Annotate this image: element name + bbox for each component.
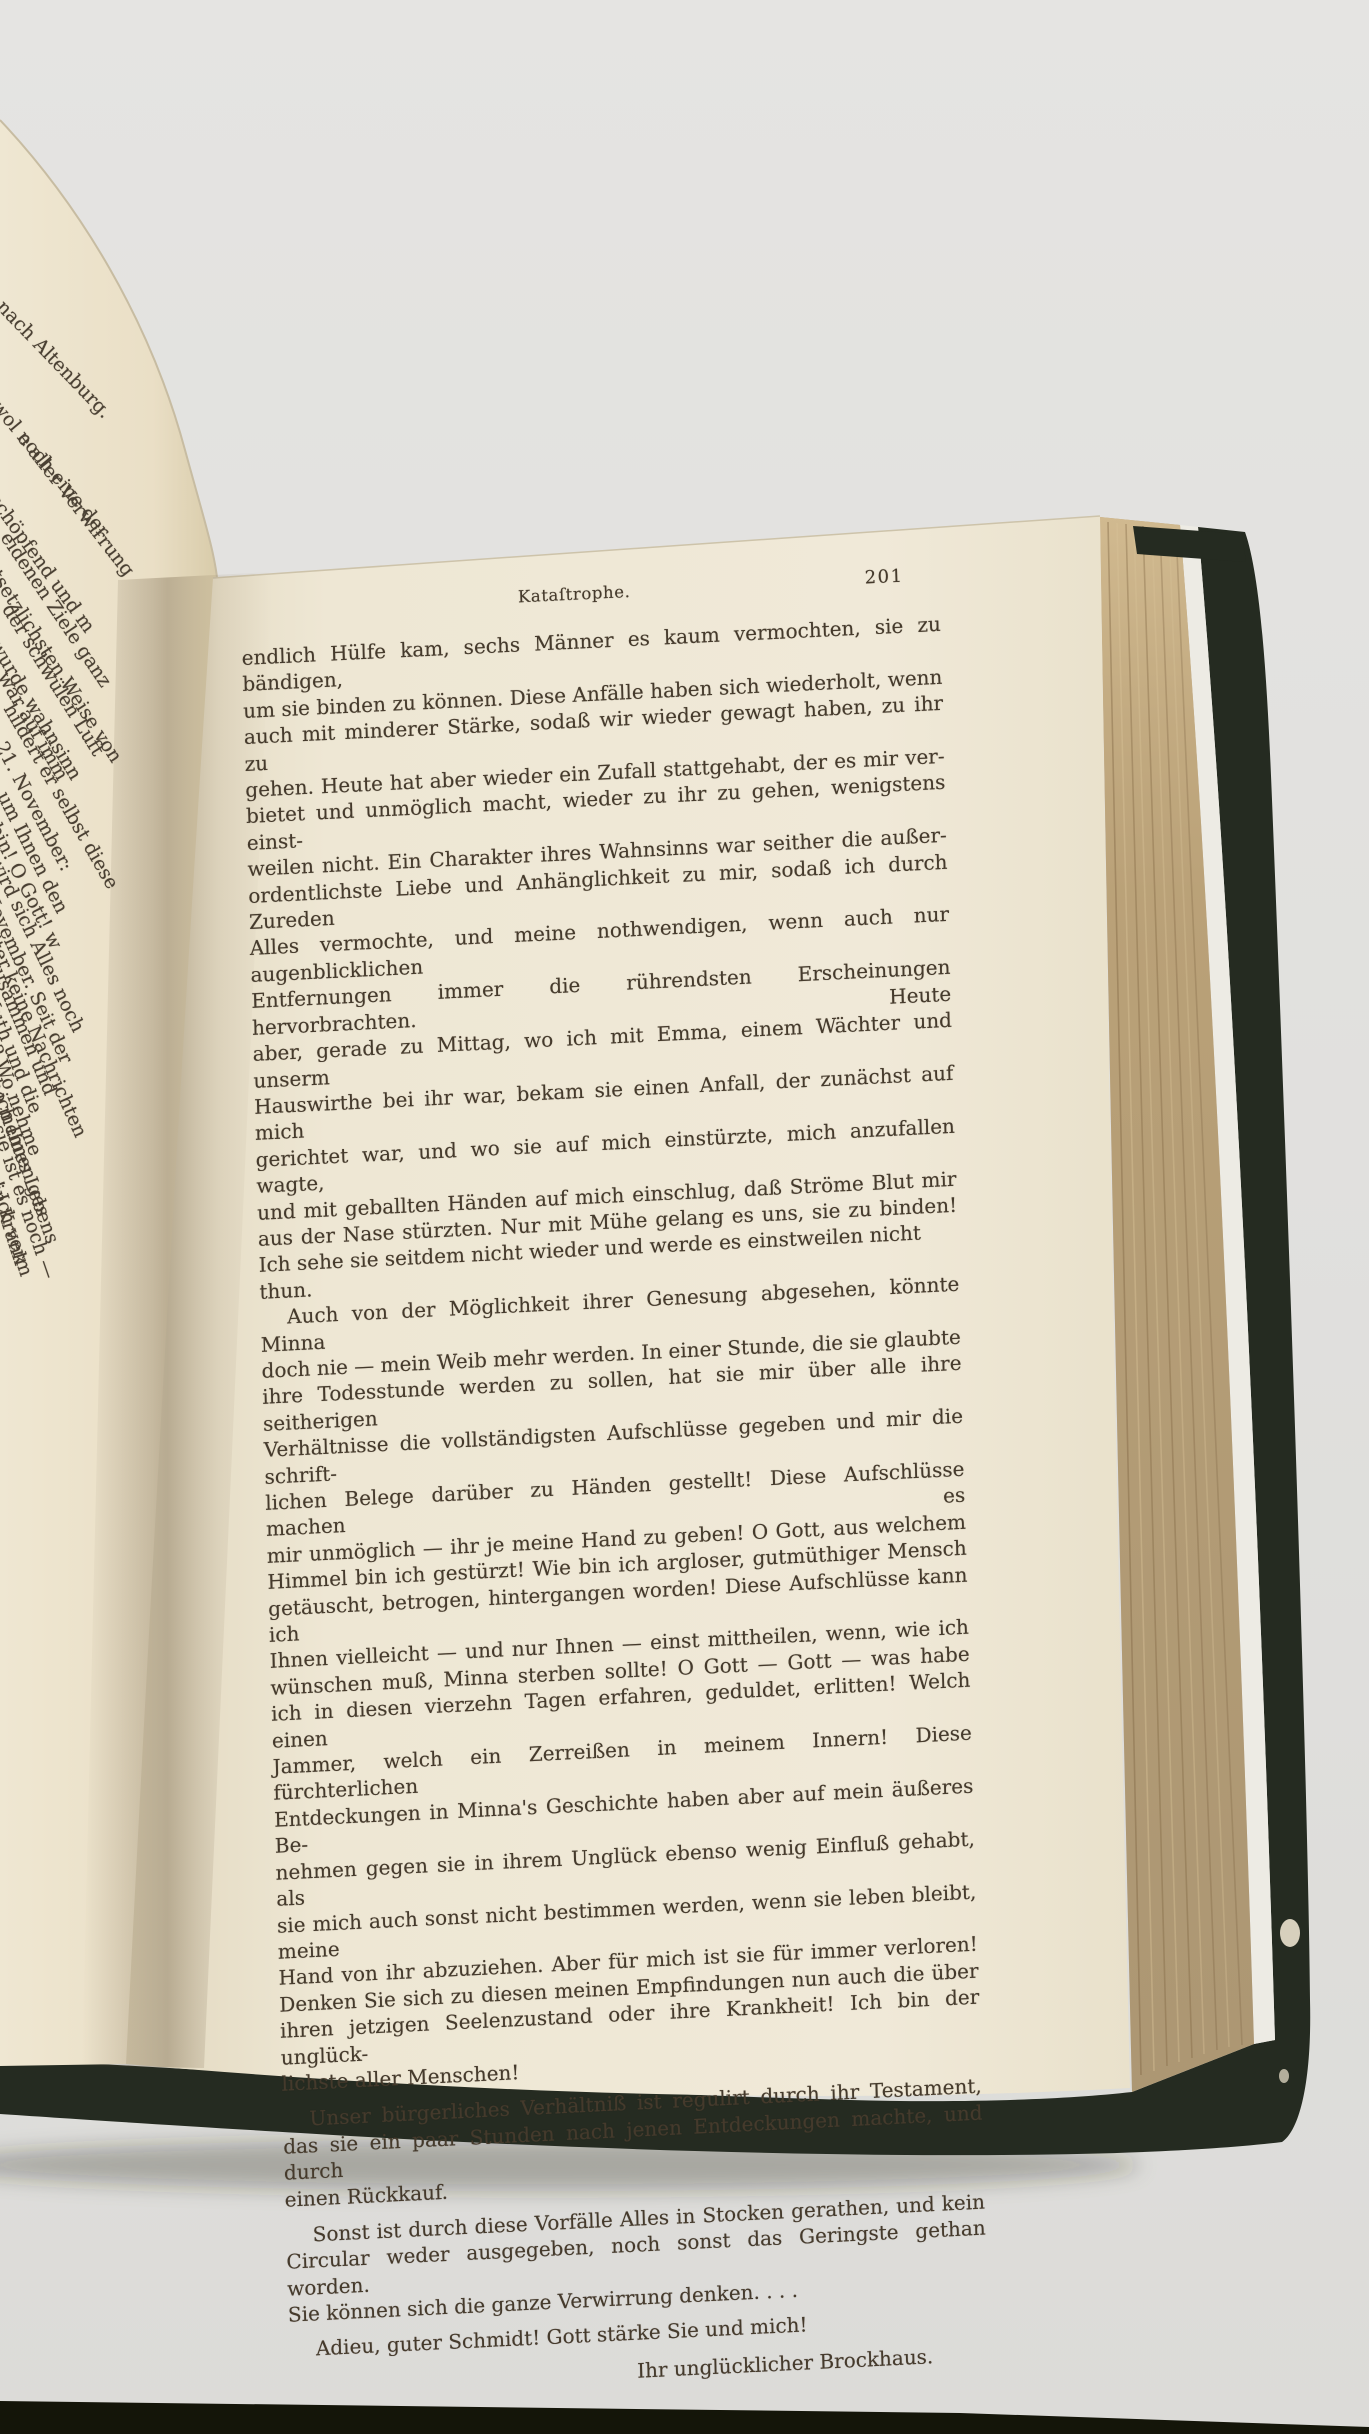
cover-worn-spot-small (1279, 2069, 1289, 2083)
right-page-content: Kataſtrophe. 201 endlich Hülfe kam, sech… (240, 564, 989, 2400)
left-page-text: nach Altenburg.g wol noch eine dere alle… (0, 0, 280, 1500)
cover-worn-spot (1280, 1919, 1300, 1947)
running-head: Kataſtrophe. (518, 582, 631, 606)
paragraph: endlich Hülfe kam, sechs Männer es kaum … (241, 611, 959, 1305)
paragraph: Unser bürgerliches Verhältniß ist reguli… (282, 2073, 984, 2213)
page-number: 201 (864, 566, 903, 589)
paragraph: Auch von der Möglichkeit ihrer Genesung … (260, 1271, 981, 2097)
text-block: endlich Hülfe kam, sechs Männer es kaum … (241, 611, 988, 2363)
left-page-text-fragment: nach Altenburg. (0, 296, 116, 423)
